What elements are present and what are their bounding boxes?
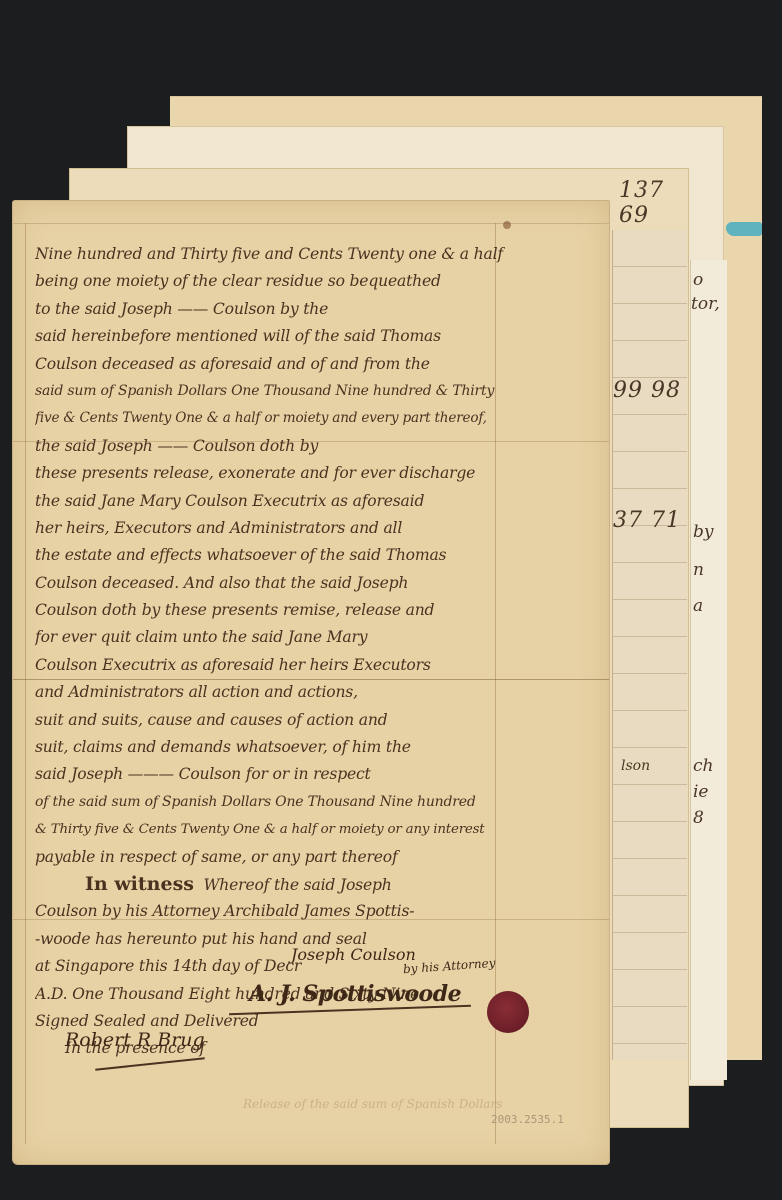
witness-signature: Robert R Brug [65, 1029, 205, 1051]
text-line: Whereof the said Joseph [203, 876, 391, 894]
ledger-amount: 37 71 [613, 508, 681, 533]
text-line: Nine hundred and Thirty five and Cents T… [35, 241, 505, 268]
text-line: of the said sum of Spanish Dollars One T… [35, 789, 505, 816]
blue-tab-marker [726, 222, 762, 236]
text-line: Coulson deceased. And also that the said… [35, 570, 505, 597]
fragment-text: a [693, 596, 703, 616]
text-line: Coulson Executrix as aforesaid her heirs… [35, 652, 505, 679]
top-rule [13, 223, 609, 224]
fragment-text: ie [693, 782, 709, 802]
wax-seal [487, 991, 529, 1033]
fragment-text: n [693, 560, 704, 580]
faded-endorsement-text: Release of the said sum of Spanish Dolla… [243, 1097, 502, 1111]
text-line: being one moiety of the clear residue so… [35, 268, 505, 295]
main-deed-sheet: Nine hundred and Thirty five and Cents T… [12, 200, 610, 1165]
fragment-text: by [693, 522, 714, 542]
text-line: the said Jane Mary Coulson Executrix as … [35, 488, 505, 515]
text-line: Coulson deceased as aforesaid and of and… [35, 351, 505, 378]
text-line: the estate and effects whatsoever of the… [35, 542, 505, 569]
ledger-fragment: lson [621, 758, 650, 774]
text-line: said Joseph ——— Coulson for or in respec… [35, 761, 505, 788]
deed-body: Nine hundred and Thirty five and Cents T… [35, 241, 505, 1063]
fragment-text: 8 [693, 808, 704, 828]
text-line: five & Cents Twenty One & a half or moie… [35, 405, 505, 432]
ledger-amount: 99 98 [613, 378, 681, 403]
text-line: for ever quit claim unto the said Jane M… [35, 624, 505, 651]
ink-stain [503, 221, 511, 229]
witness-line: In witness Whereof the said Joseph [35, 871, 505, 898]
text-line: Coulson by his Attorney Archibald James … [35, 898, 505, 925]
ledger-amount: 137 69 [619, 178, 687, 228]
in-witness-heading: In witness [85, 873, 194, 895]
text-line: suit, claims and demands whatsoever, of … [35, 734, 505, 761]
ledger-strip: 137 69 99 98 37 71 lson [612, 230, 687, 1060]
text-line: and Administrators all action and action… [35, 679, 505, 706]
right-sheet-strip: o tor, by n a ch ie 8 [690, 260, 727, 1080]
text-line: her heirs, Executors and Administrators … [35, 515, 505, 542]
text-line: payable in respect of same, or any part … [35, 844, 505, 871]
text-line: Coulson doth by these presents remise, r… [35, 597, 505, 624]
fragment-text: ch [693, 756, 713, 776]
text-line: said sum of Spanish Dollars One Thousand… [35, 378, 505, 405]
catalog-number: 2003.2535.1 [491, 1113, 564, 1126]
fragment-text: tor, [691, 294, 720, 314]
attorney-signature: A. J. Spottiswoode [249, 981, 461, 1007]
text-line: & Thirty five & Cents Twenty One & a hal… [35, 816, 505, 843]
text-line: the said Joseph —— Coulson doth by [35, 433, 505, 460]
left-margin-line [25, 223, 26, 1144]
text-line: to the said Joseph —— Coulson by the [35, 296, 505, 323]
text-line: said hereinbefore mentioned will of the … [35, 323, 505, 350]
text-line: suit and suits, cause and causes of acti… [35, 707, 505, 734]
text-line: -woode has hereunto put his hand and sea… [35, 926, 505, 953]
fragment-text: o [693, 270, 703, 290]
principal-signature: Joseph Coulson [291, 945, 416, 964]
text-line: these presents release, exonerate and fo… [35, 460, 505, 487]
